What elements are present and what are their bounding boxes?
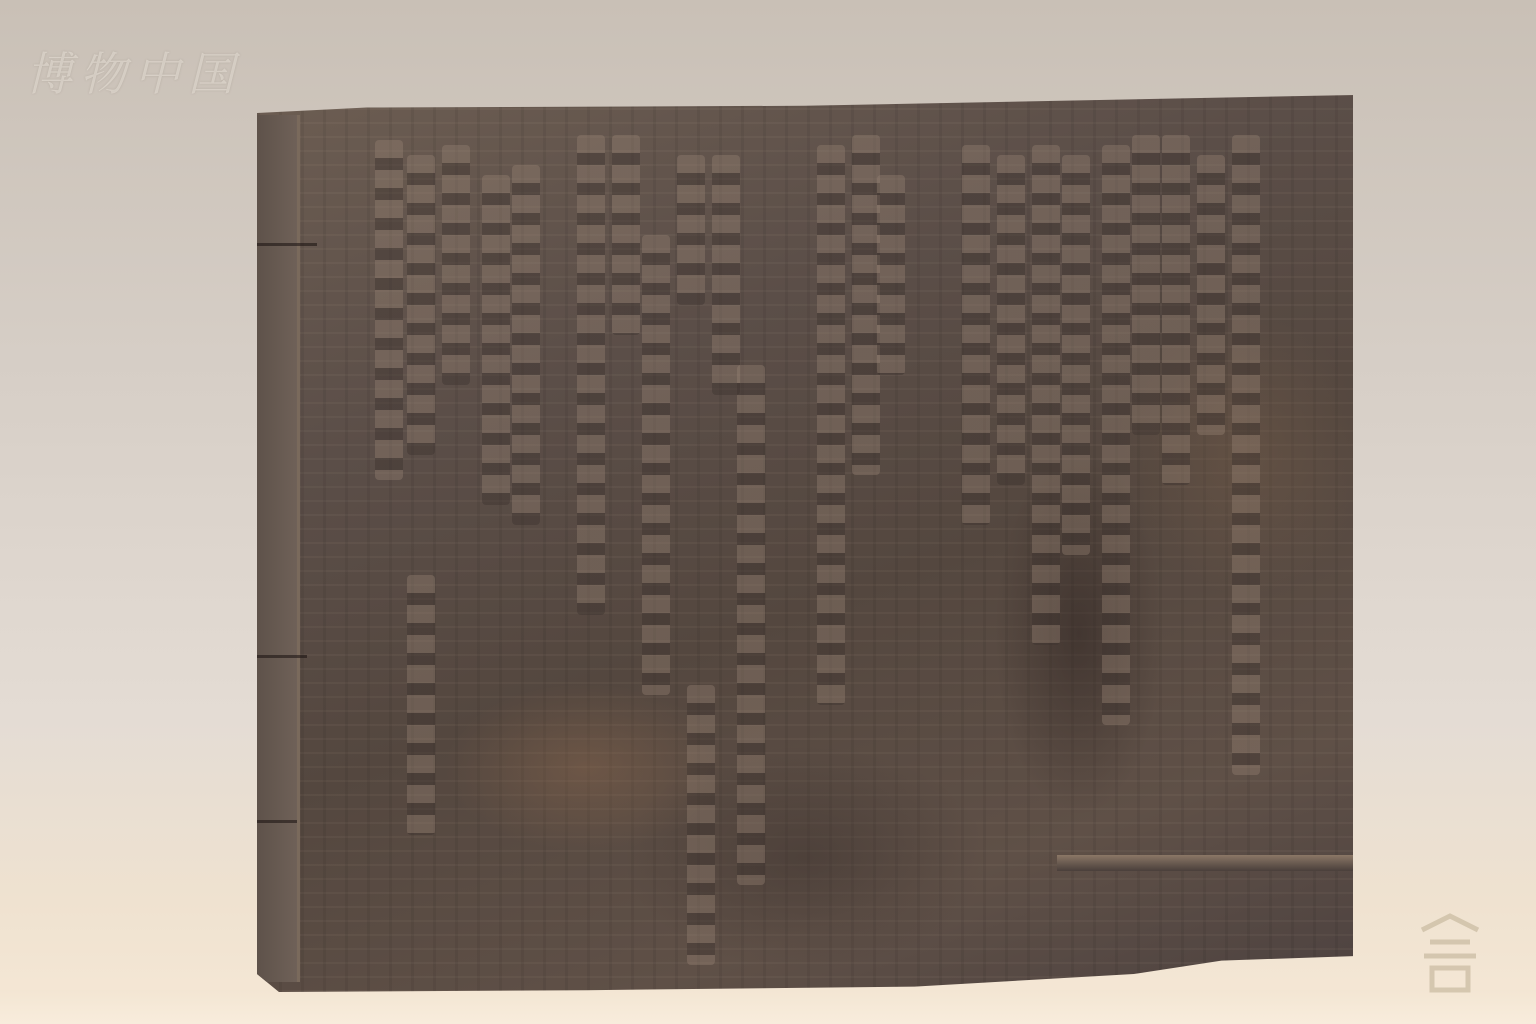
carved-text-column — [642, 235, 670, 695]
carved-text-column — [1197, 155, 1225, 435]
carved-text-column — [1162, 135, 1190, 485]
carved-text-column — [1132, 135, 1160, 435]
carved-text-column — [407, 155, 435, 455]
carved-text-column — [577, 135, 605, 615]
carved-text-column — [877, 175, 905, 375]
carved-text-column — [1102, 145, 1130, 725]
block-bottom-ledge — [1057, 855, 1353, 871]
carved-text-column — [962, 145, 990, 525]
carved-text-column — [997, 155, 1025, 485]
carved-text-column — [677, 155, 705, 305]
carved-text-column — [442, 145, 470, 385]
carved-text-column — [1232, 135, 1260, 775]
carved-text-column — [512, 165, 540, 525]
carved-text-column — [1032, 145, 1060, 645]
carved-text-column — [712, 155, 740, 395]
display-surface — [0, 990, 1536, 1024]
carved-text-column — [482, 175, 510, 505]
wood-crack — [257, 243, 317, 246]
carved-text-column — [817, 145, 845, 705]
carved-text-column — [375, 140, 403, 480]
carved-text-column — [1062, 155, 1090, 555]
carved-text-column — [612, 135, 640, 335]
museum-seal-icon — [1418, 912, 1482, 996]
carved-text-column — [737, 365, 765, 885]
wood-crack — [257, 820, 297, 823]
carved-text-column — [852, 135, 880, 475]
woodblock-artifact — [257, 95, 1353, 992]
wood-crack — [257, 655, 307, 658]
watermark-text: 博物中国 — [26, 38, 242, 104]
carved-text-column — [687, 685, 715, 965]
carved-text-column — [407, 575, 435, 835]
